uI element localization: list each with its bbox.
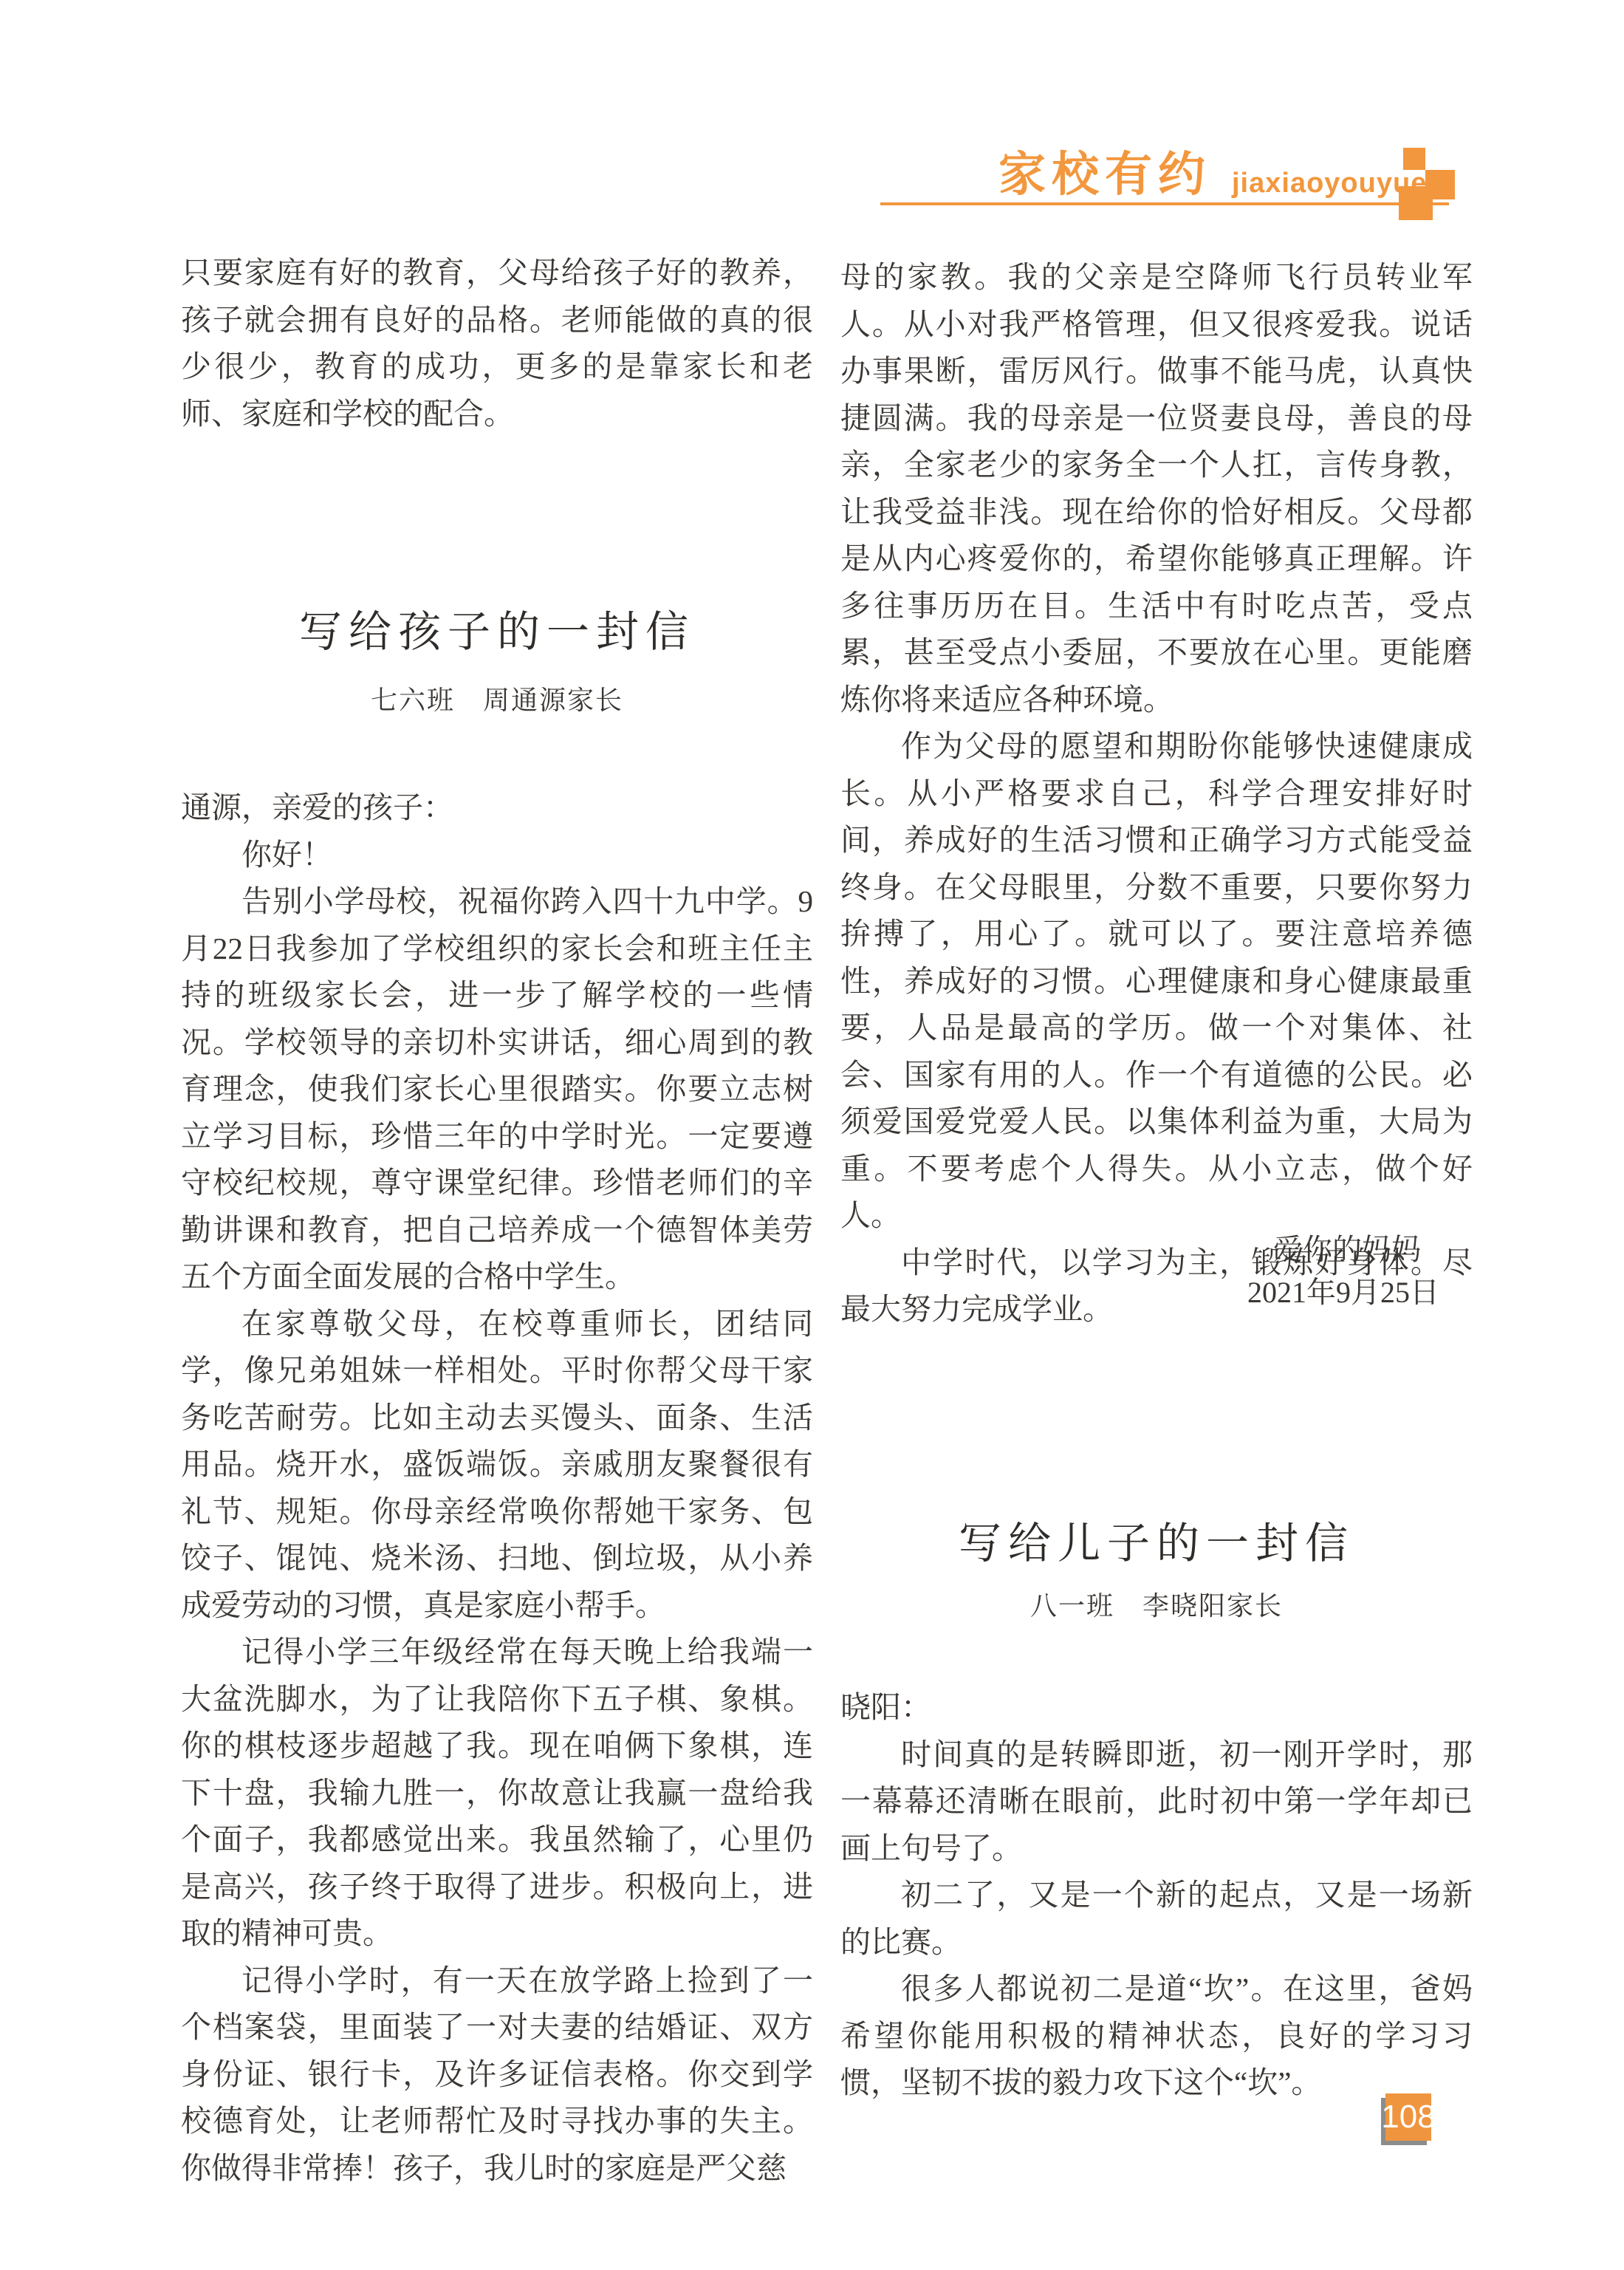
letter1-byline: 七六班 周通源家长 xyxy=(181,684,813,717)
letter1-signature: 爱你的妈妈 xyxy=(840,1229,1473,1271)
letter1-body-right: 母的家教。我的父亲是空降师飞行员转业军人。从小对我严格管理，但又很疼爱我。说话办… xyxy=(840,254,1473,1333)
letter1-paragraph: 记得小学时，有一天在放学路上捡到了一个档案袋，里面装了一对夫妻的结婚证、双方身份… xyxy=(181,1958,813,2192)
square-small-icon xyxy=(1403,148,1425,170)
letter1-paragraph: 在家尊敬父母，在校尊重师长，团结同学，像兄弟姐妹一样相处。平时你帮父母干家务吃苦… xyxy=(181,1301,813,1630)
letter2-paragraph: 初二了，又是一个新的起点，又是一场新的比赛。 xyxy=(840,1872,1473,1966)
magazine-page: { "header": { "section_title": "家校有约", "… xyxy=(0,0,1624,2270)
section-pinyin: jiaxiaoyouyue xyxy=(1232,167,1427,199)
letter2-body: 晓阳： 时间真的是转瞬即逝，初一刚开学时，那一幕幕还清晰在眼前，此时初中第一学年… xyxy=(840,1684,1473,2107)
carryover-paragraph: 只要家庭有好的教育，父母给孩子好的教养，孩子就会拥有良好的品格。老师能做的真的很… xyxy=(181,250,813,437)
letter1-title: 写给孩子的一封信 xyxy=(181,606,813,658)
header-divider-line xyxy=(880,202,1449,205)
page-number: 108 xyxy=(1381,2099,1435,2136)
letter2-paragraph: 时间真的是转瞬即逝，初一刚开学时，那一幕幕还清晰在眼前，此时初中第一学年却已画上… xyxy=(840,1731,1473,1873)
letter1-paragraph: 记得小学三年级经常在每天晚上给我端一大盆洗脚水，为了让我陪你下五子棋、象棋。你的… xyxy=(181,1629,813,1958)
letter2-salutation: 晓阳： xyxy=(840,1684,1473,1731)
letter1-date: 2021年9月25日 xyxy=(840,1272,1473,1313)
letter1-paragraph-continuation: 母的家教。我的父亲是空降师飞行员转业军人。从小对我严格管理，但又很疼爱我。说话办… xyxy=(840,254,1473,723)
letter1-body-left: 通源，亲爱的孩子： 你好！ 告别小学母校，祝福你跨入四十九中学。9月22日我参加… xyxy=(181,784,813,2192)
square-large-icon xyxy=(1399,186,1433,220)
carryover-paragraph-block: 只要家庭有好的教育，父母给孩子好的教养，孩子就会拥有良好的品格。老师能做的真的很… xyxy=(181,250,813,437)
letter1-paragraph: 作为父母的愿望和期盼你能够快速健康成长。从小严格要求自己，科学合理安排好时间，养… xyxy=(840,723,1473,1240)
letter1-paragraph: 告别小学母校，祝福你跨入四十九中学。9月22日我参加了学校组织的家长会和班主任主… xyxy=(181,878,813,1301)
letter1-salutation: 通源，亲爱的孩子： xyxy=(181,784,813,832)
letter1-paragraph: 你好！ xyxy=(181,832,813,879)
letter2-paragraph: 很多人都说初二是道“坎”。在这里，爸妈希望你能用积极的精神状态，良好的学习习惯，… xyxy=(840,1966,1473,2107)
letter2-byline: 八一班 李晓阳家长 xyxy=(840,1590,1473,1622)
section-title: 家校有约 xyxy=(998,148,1211,201)
page-number-badge: 108 xyxy=(1385,2093,1431,2141)
letter2-title: 写给儿子的一封信 xyxy=(840,1518,1473,1570)
